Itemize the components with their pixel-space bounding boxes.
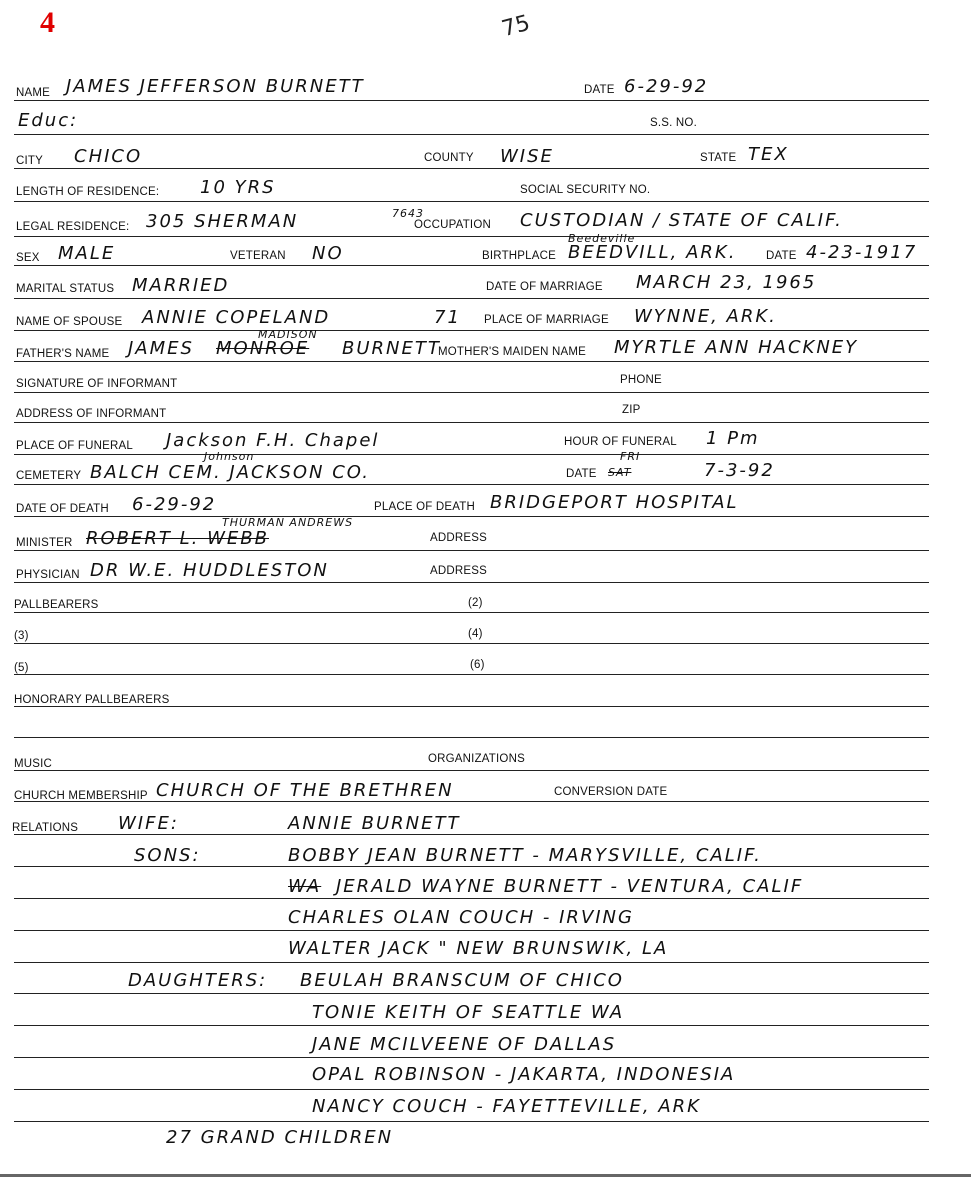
relations-label: RELATIONS (12, 822, 78, 834)
date-of-marriage-label: DATE OF MARRIAGE (486, 281, 603, 293)
son-struck-prefix: WA (288, 876, 321, 897)
zip-label: ZIP (622, 404, 641, 416)
funeral-date-value[interactable]: 7-3-92 (704, 460, 775, 481)
daughter-3[interactable]: JANE McILVEENE of DALLAS (312, 1034, 616, 1055)
pallbearer-slot-6: (6) (470, 659, 485, 671)
pallbearer-slot-4: (4) (468, 628, 483, 640)
mother-value[interactable]: MYRTLE ANN HACKNEY (614, 337, 858, 358)
rule (14, 706, 929, 707)
wife-value[interactable]: ANNIE BURNETT (288, 813, 461, 834)
minister-label: MINISTER (16, 537, 73, 549)
state-value[interactable]: TEX (748, 144, 789, 165)
pallbearer-slot-2: (2) (468, 597, 483, 609)
rule (14, 201, 929, 202)
name-label: NAME (16, 87, 50, 99)
son-4[interactable]: WALTER JACK " NEW BRUNSWIK, LA (288, 938, 668, 959)
city-label: CITY (16, 155, 43, 167)
name-value[interactable]: JAMES JEFFERSON BURNETT (66, 76, 365, 97)
birthplace-label: BIRTHPLACE (482, 250, 556, 262)
daughter-4[interactable]: OPAL ROBINSON - JAKARTA, INDONESIA (312, 1064, 735, 1085)
father-first-name[interactable]: JAMES (128, 338, 194, 359)
physician-address-label: ADDRESS (430, 565, 487, 577)
legal-residence-value[interactable]: 305 SHERMAN (146, 211, 298, 232)
place-of-marriage-value[interactable]: WYNNE, ARK. (634, 306, 777, 327)
daughters-label: DAUGHTERS: (128, 970, 267, 991)
cemetery-value[interactable]: BALCH CEM. JACKSON CO. (90, 462, 370, 483)
church-membership-value[interactable]: CHURCH of The Brethren (156, 780, 454, 801)
educ-value[interactable]: Educ: (18, 110, 78, 131)
rule (14, 737, 929, 738)
birth-date-label: DATE (766, 250, 797, 262)
hour-of-funeral-value[interactable]: 1 Pm (706, 428, 760, 449)
rule (14, 550, 929, 551)
date-of-marriage-value[interactable]: MARCH 23, 1965 (636, 272, 816, 293)
county-value[interactable]: WISE (500, 146, 554, 167)
place-of-death-value[interactable]: BRIDGEPORT HOSPITAL (490, 492, 739, 513)
rule (14, 993, 929, 994)
rule (14, 898, 929, 899)
organizations-label: ORGANIZATIONS (428, 753, 525, 765)
place-of-funeral-value[interactable]: Jackson F.H. Chapel (166, 430, 379, 451)
father-struck-middle: MONROE (216, 338, 309, 359)
rule (14, 1057, 929, 1058)
state-label: STATE (700, 152, 736, 164)
city-value[interactable]: CHICO (74, 146, 142, 167)
rule (14, 674, 929, 675)
funeral-day: FRI (620, 450, 640, 463)
pallbearer-slot-5: (5) (14, 662, 29, 674)
hour-of-funeral-label: HOUR OF FUNERAL (564, 436, 677, 448)
birthplace-value[interactable]: BEEDVILL, ARK. (568, 242, 736, 263)
place-of-marriage-label: PLACE OF MARRIAGE (484, 314, 609, 326)
sex-value[interactable]: MALE (58, 243, 115, 264)
minister-struck: ROBERT L. WEBB (86, 528, 269, 549)
rule (14, 100, 929, 101)
father-last-name[interactable]: BURNETT (342, 338, 441, 359)
conversion-date-label: CONVERSION DATE (554, 786, 667, 798)
ss-no-label: S.S. NO. (650, 117, 697, 129)
occupation-value[interactable]: CUSTODIAN / STATE OF CALIF. (520, 210, 843, 231)
spouse-value[interactable]: ANNIE COPELAND (142, 307, 330, 328)
place-of-funeral-label: PLACE OF FUNERAL (16, 440, 133, 452)
rule (14, 834, 929, 835)
cemetery-label: CEMETERY (16, 470, 81, 482)
rule (14, 330, 929, 331)
son-3[interactable]: CHARLES OLAN COUCH - IRVING (288, 907, 634, 928)
page-number: 4 (40, 6, 55, 40)
rule (14, 1089, 929, 1090)
rule (14, 484, 929, 485)
rule (14, 454, 929, 455)
length-of-residence-label: LENGTH OF RESIDENCE: (16, 186, 159, 198)
wife-label: WIFE: (118, 813, 179, 834)
rule (14, 866, 929, 867)
rule (14, 422, 929, 423)
date-value[interactable]: 6-29-92 (624, 76, 708, 97)
rule (14, 962, 929, 963)
honorary-pallbearers-label: HONORARY PALLBEARERS (14, 694, 169, 706)
rule (14, 236, 929, 237)
sex-label: SEX (16, 252, 40, 264)
rule (14, 801, 929, 802)
rule (14, 298, 929, 299)
length-of-residence-value[interactable]: 10 YRS (200, 177, 276, 198)
rule (14, 134, 929, 135)
funeral-struck-day: SAT (608, 466, 631, 479)
pallbearer-slot-3: (3) (14, 630, 29, 642)
rule (14, 612, 929, 613)
daughter-5[interactable]: NANCY COUCH - FAYETTEVILLE, ARK (312, 1096, 701, 1117)
social-security-label: SOCIAL SECURITY NO. (520, 184, 650, 196)
rule (14, 265, 929, 266)
mother-label: MOTHER'S MAIDEN NAME (438, 346, 586, 358)
rule (14, 1121, 929, 1122)
top-mark: 75 (499, 11, 533, 42)
sons-label: SONS: (134, 845, 201, 866)
date-of-death-label: DATE OF DEATH (16, 503, 109, 515)
rule (14, 392, 929, 393)
father-label: FATHER'S NAME (16, 348, 109, 360)
veteran-value[interactable]: NO (312, 243, 344, 264)
veteran-label: VETERAN (230, 250, 286, 262)
informant-address-label: ADDRESS OF INFORMANT (16, 408, 166, 420)
pallbearers-label: PALLBEARERS (14, 599, 98, 611)
signature-label: SIGNATURE OF INFORMANT (16, 378, 177, 390)
rule (14, 168, 929, 169)
legal-residence-label: LEGAL RESIDENCE: (16, 221, 129, 233)
rule (14, 770, 929, 771)
marital-status-label: MARITAL STATUS (16, 283, 114, 295)
rule (14, 582, 929, 583)
father-middle-correction: MADISON (258, 328, 318, 341)
place-of-death-label: PLACE OF DEATH (374, 501, 475, 513)
daughter-2[interactable]: TONIE KEITH of SEATTLE WA (312, 1002, 624, 1023)
phone-label: PHONE (620, 374, 662, 386)
physician-label: PHYSICIAN (16, 569, 80, 581)
rule (14, 361, 929, 362)
music-label: MUSIC (14, 758, 52, 770)
rule (14, 516, 929, 517)
daughter-1[interactable]: BEULAH BRANSCUM of CHICO (300, 970, 624, 991)
rule (14, 1025, 929, 1026)
grandchildren: 27 GRAND CHILDREN (166, 1127, 393, 1148)
occupation-label: OCCUPATION (414, 219, 491, 231)
date-label: DATE (584, 84, 615, 96)
rule (14, 643, 929, 644)
spouse-label: NAME OF SPOUSE (16, 316, 122, 328)
birth-date-value[interactable]: 4-23-1917 (806, 242, 917, 263)
funeral-date-label: DATE (566, 468, 597, 480)
son-1[interactable]: BOBBY JEAN BURNETT - MARYSVILLE, CALIF. (288, 845, 762, 866)
physician-value[interactable]: DR W.E. HUDDLESTON (90, 560, 329, 581)
minister-address-label: ADDRESS (430, 532, 487, 544)
date-of-death-value[interactable]: 6-29-92 (132, 494, 216, 515)
spouse-note: 71 (434, 307, 461, 328)
rule (14, 930, 929, 931)
son-2[interactable]: JERALD WAYNE BURNETT - VENTURA, CALIF (336, 876, 803, 897)
county-label: COUNTY (424, 152, 474, 164)
marital-status-value[interactable]: MARRIED (132, 275, 229, 296)
